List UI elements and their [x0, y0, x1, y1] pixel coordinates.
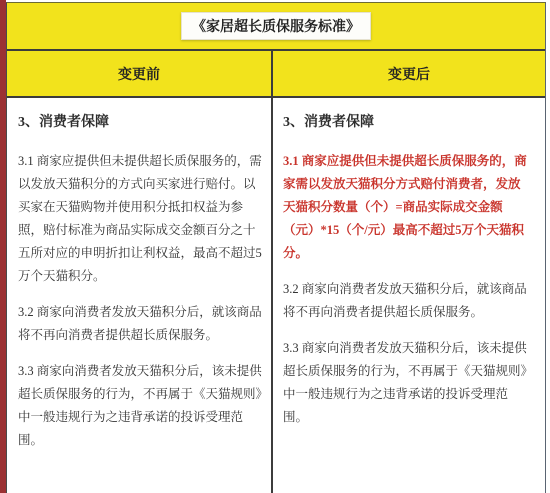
before-paragraph-3-3: 3.3 商家向消费者发放天猫积分后，该未提供超长质保服务的行为，不再属于《天猫规…	[18, 360, 264, 452]
table-header-row: 变更前 变更后	[7, 51, 545, 98]
after-paragraph-3-2: 3.2 商家向消费者发放天猫积分后，就该商品将不再向消费者提供超长质保服务。	[283, 278, 531, 324]
column-header-before: 变更前	[7, 51, 273, 96]
column-header-after: 变更后	[273, 51, 545, 96]
after-cell: 3、消费者保障 3.1 商家应提供但未提供超长质保服务的，商家需以发放天猫积分方…	[273, 98, 545, 493]
before-paragraph-3-1: 3.1 商家应提供但未提供超长质保服务的，需以发放天猫积分的方式向买家进行赔付。…	[18, 150, 264, 288]
document-page: 《家居超长质保服务标准》 变更前 变更后 3、消费者保障 3.1 商家应提供但未…	[0, 0, 550, 493]
after-section-heading: 3、消费者保障	[283, 111, 531, 134]
change-comparison-table: 《家居超长质保服务标准》 变更前 变更后 3、消费者保障 3.1 商家应提供但未…	[6, 2, 546, 493]
before-paragraph-3-2: 3.2 商家向消费者发放天猫积分后，就该商品将不再向消费者提供超长质保服务。	[18, 301, 264, 347]
document-title: 《家居超长质保服务标准》	[181, 12, 371, 40]
table-body-row: 3、消费者保障 3.1 商家应提供但未提供超长质保服务的，需以发放天猫积分的方式…	[7, 98, 545, 493]
after-paragraph-3-1-changed: 3.1 商家应提供但未提供超长质保服务的，商家需以发放天猫积分方式赔付消费者，发…	[283, 150, 531, 265]
before-section-heading: 3、消费者保障	[18, 111, 264, 134]
table-title-row: 《家居超长质保服务标准》	[7, 3, 545, 51]
before-cell: 3、消费者保障 3.1 商家应提供但未提供超长质保服务的，需以发放天猫积分的方式…	[7, 98, 273, 493]
after-paragraph-3-3: 3.3 商家向消费者发放天猫积分后，该未提供超长质保服务的行为，不再属于《天猫规…	[283, 337, 531, 429]
